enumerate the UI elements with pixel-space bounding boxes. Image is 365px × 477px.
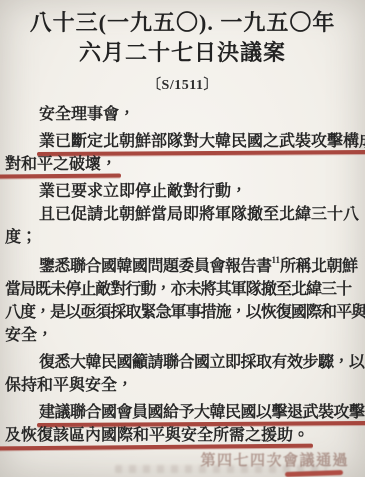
document-symbol: 〔S/1511〕 (0, 77, 365, 95)
scanned-resolution-page: 八十三(一九五〇). 一九五〇年 六月二十七日決議案 〔S/1511〕 安全理事… (0, 0, 365, 477)
resolution-title: 八十三(一九五〇). 一九五〇年 六月二十七日決議案 (0, 8, 365, 68)
body-line: 度； (5, 226, 360, 249)
body-line-underlined: 對和平之破壞， (5, 153, 360, 176)
footnote-ref-11: 11 (272, 255, 281, 265)
body-line-underlined: 業已斷定北朝鮮部隊對大韓民國之武裝攻擊構成 (5, 130, 360, 153)
red-underline-segment: 及恢復該區內國際和平與安全所需之援助。 (5, 424, 309, 447)
resolution-body: 安全理事會， 業已斷定北朝鮮部隊對大韓民國之武裝攻擊構成 對和平之破壞， 業已要… (0, 103, 365, 447)
red-underline-segment: 對和平之破壞， (5, 153, 117, 176)
body-line: 安全理事會， (5, 103, 360, 126)
body-line: 當局既未停止敵對行動，亦未將其軍隊撤至北緯三十 (5, 278, 360, 301)
body-line-underlined: 及恢復該區內國際和平與安全所需之援助。 (5, 424, 360, 447)
body-line-text: 鑒悉聯合國韓國問題委員會報告書 (39, 258, 272, 275)
body-line: 八度，是以亟須採取緊急軍事措施，以恢復國際和平與 (5, 301, 360, 324)
resolution-title-line1: 八十三(一九五〇). 一九五〇年 (0, 8, 365, 38)
resolution-title-line2: 六月二十七日決議案 (0, 38, 365, 68)
body-line: 業已要求立即停止敵對行動， (5, 180, 360, 203)
body-line: 鑒悉聯合國韓國問題委員會報告書11所稱北朝鮮 (5, 255, 360, 278)
body-line: 且已促請北朝鮮當局即將軍隊撤至北緯三十八 (5, 203, 360, 226)
body-line: 安全， (5, 324, 360, 347)
bleed-through-smudge (115, 465, 327, 473)
body-line-text: 所稱北朝鮮 (280, 258, 358, 275)
adoption-note-area: 第四七四次會議通過 (200, 452, 349, 471)
body-line-underlined: 建議聯合國會員國給予大韓民國以擊退武裝攻擊 (5, 401, 360, 424)
body-line: 保持和平與安全， (5, 374, 360, 397)
red-underline-segment: 建議聯合國會員國給予大韓民國以擊退武裝攻擊 (39, 401, 365, 424)
red-underline-segment: 業已斷定北朝鮮部隊對大韓民國之武裝攻擊構成 (39, 130, 365, 153)
body-line: 復悉大韓民國籲請聯合國立即採取有效步驟，以 (5, 351, 360, 374)
